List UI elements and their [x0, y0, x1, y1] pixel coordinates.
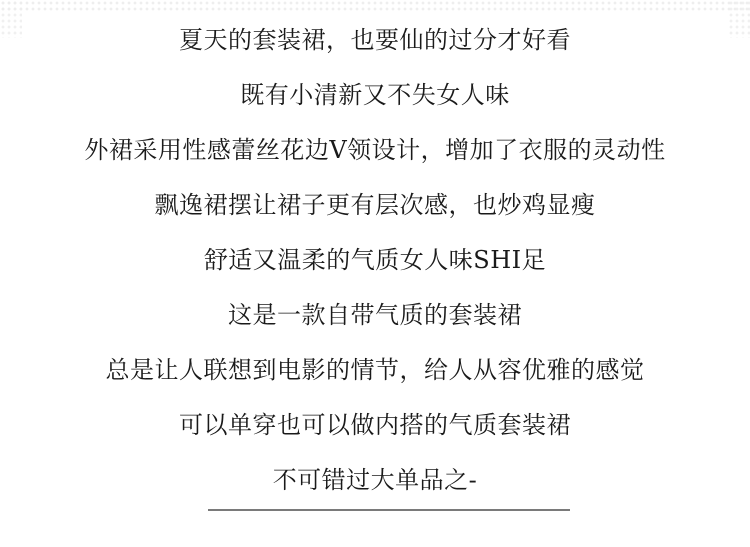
description-line-1: 夏天的套装裙，也要仙的过分才好看	[0, 25, 750, 55]
description-line-4: 飘逸裙摆让裙子更有层次感，也炒鸡显瘦	[0, 190, 750, 220]
description-line-3: 外裙采用性感蕾丝花边V领设计，增加了衣服的灵动性	[0, 135, 750, 165]
top-dot-pattern	[0, 0, 750, 12]
description-line-2: 既有小清新又不失女人味	[0, 80, 750, 110]
description-line-6: 这是一款自带气质的套装裙	[0, 300, 750, 330]
description-line-5: 舒适又温柔的气质女人味SHI足	[0, 245, 750, 275]
description-line-8: 可以单穿也可以做内搭的气质套装裙	[0, 410, 750, 440]
horizontal-divider	[208, 509, 570, 511]
description-line-7: 总是让人联想到电影的情节，给人从容优雅的感觉	[0, 355, 750, 385]
description-line-9: 不可错过大单品之-	[0, 465, 750, 495]
